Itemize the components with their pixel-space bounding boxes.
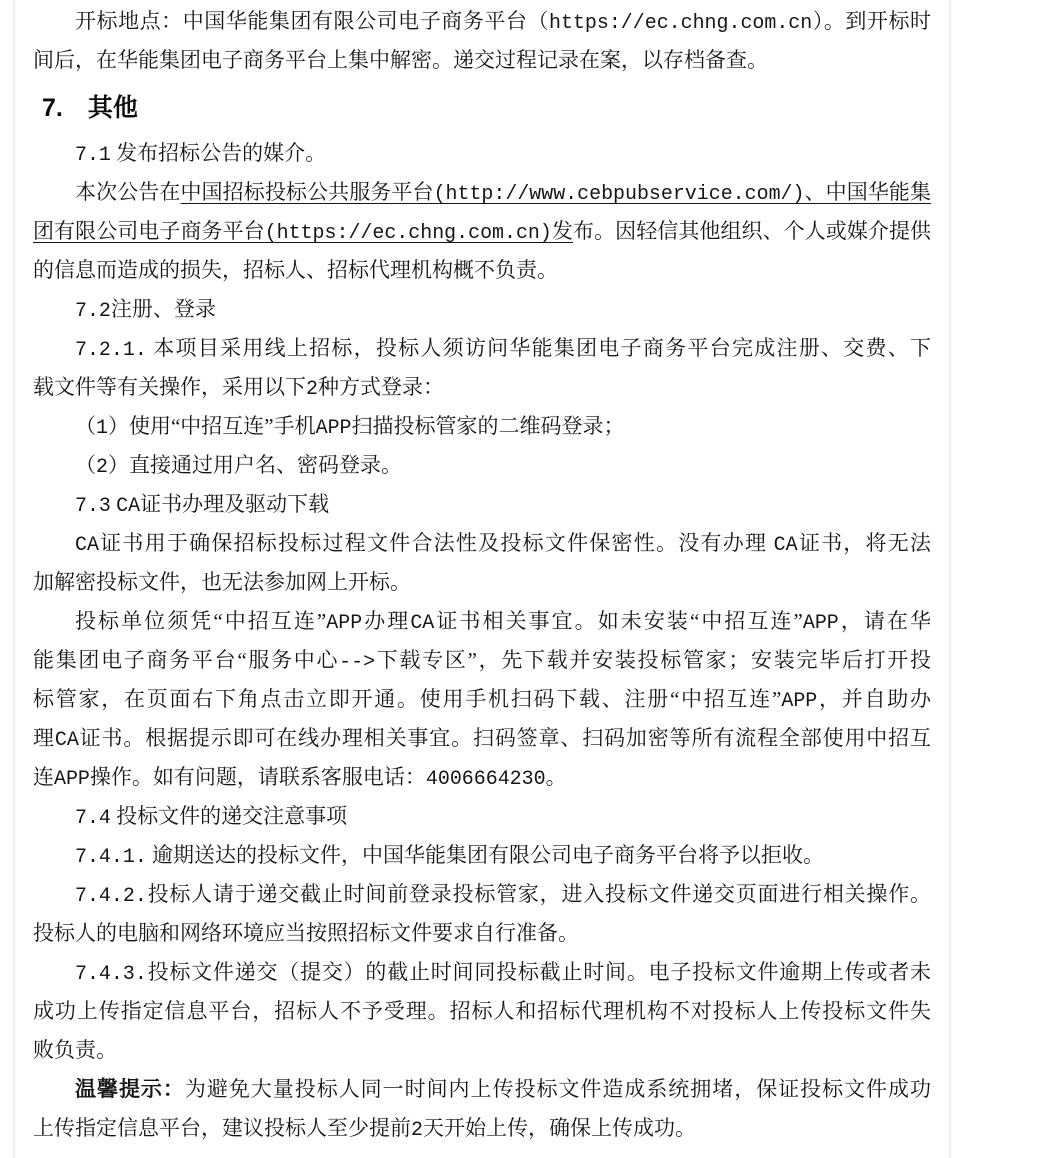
- text-run: 本次公告在: [75, 180, 180, 204]
- latin-text: CA: [774, 533, 798, 556]
- text-run: 的信息而造成的损失，招标人、招标代理机构概不负责。: [33, 258, 558, 282]
- latin-text: 7.4.3.: [75, 962, 147, 985]
- text-line: 败负责。: [33, 1031, 931, 1070]
- text-run: 投标单位须凭“中招互连”APP办理CA证书相关事宜。如未安装“中招互连”APP，…: [75, 609, 931, 633]
- latin-text: 4006664230: [426, 767, 546, 790]
- latin-text: APP: [316, 416, 352, 439]
- text-line: CA证书用于确保招标投标过程文件合法性及投标文件保密性。没有办理 CA证书，将无…: [33, 524, 931, 563]
- hyperlink[interactable]: 中国招标投标公共服务平台(http://www.cebpubservice.co…: [180, 180, 931, 204]
- latin-text: 7.4.1.: [75, 845, 147, 868]
- latin-text: (http://www.cebpubservice.com/): [434, 182, 805, 205]
- text-line: 7.2注册、登录: [33, 290, 931, 329]
- latin-text: APP: [803, 611, 839, 634]
- text-run: 上传指定信息平台，建议投标人至少提前2天开始上传，确保上传成功。: [33, 1116, 696, 1140]
- text-line: 本次公告在中国招标投标公共服务平台(http://www.cebpubservi…: [33, 173, 931, 212]
- latin-text: 7.2: [75, 299, 111, 322]
- latin-text: 7.1: [75, 143, 111, 166]
- text-line: 7.4.1. 逾期送达的投标文件，中国华能集团有限公司电子商务平台将予以拒收。: [33, 836, 931, 875]
- text-run: 7. 其他: [42, 94, 138, 122]
- text-line: 7.1 发布招标公告的媒介。: [33, 134, 931, 173]
- text-run: 7.4.2.投标人请于递交截止时间前登录投标管家，进入投标文件递交页面进行相关操…: [75, 882, 931, 906]
- page-left-edge: [13, 0, 15, 1158]
- latin-text: 7.3: [75, 494, 111, 517]
- text-line: 7.4 投标文件的递交注意事项: [33, 797, 931, 836]
- latin-text: 7.4: [75, 806, 111, 829]
- text-run: 标管家，在页面右下角点击立即开通。使用手机扫码下载、注册“中招互连”APP，并自…: [33, 687, 931, 711]
- text-run: 7.1 发布招标公告的媒介。: [75, 141, 326, 165]
- text-line: 团有限公司电子商务平台(https://ec.chng.com.cn)发布。因轻…: [33, 212, 931, 251]
- text-line: 7.2.1. 本项目采用线上招标，投标人须访问华能集团电子商务平台完成注册、交费…: [33, 329, 931, 368]
- text-line: 的信息而造成的损失，招标人、招标代理机构概不负责。: [33, 251, 931, 290]
- text-run: CA证书用于确保招标投标过程文件合法性及投标文件保密性。没有办理 CA证书，将无…: [75, 531, 931, 555]
- latin-text: APP: [326, 611, 362, 634]
- latin-text: 2: [306, 377, 318, 400]
- latin-text: APP: [781, 689, 817, 712]
- text-run: 为避免大量投标人同一时间内上传投标文件造成系统拥堵，保证投标文件成功: [185, 1077, 931, 1101]
- latin-text: CA: [55, 728, 79, 751]
- text-line: 间后，在华能集团电子商务平台上集中解密。递交过程记录在案，以存档备查。: [33, 41, 931, 80]
- text-run: 7.4.3.投标文件递交（提交）的截止时间同投标截止时间。电子投标文件逾期上传或…: [75, 960, 931, 984]
- text-run: 间后，在华能集团电子商务平台上集中解密。递交过程记录在案，以存档备查。: [33, 48, 768, 72]
- latin-text: (https://ec.chng.com.cn): [265, 221, 552, 244]
- page-right-edge: [949, 0, 951, 1158]
- text-line: 标管家，在页面右下角点击立即开通。使用手机扫码下载、注册“中招互连”APP，并自…: [33, 680, 931, 719]
- text-run: 理CA证书。根据提示即可在线办理相关事宜。扫码签章、扫码加密等所有流程全部使用中…: [33, 726, 931, 750]
- text-line: 投标人的电脑和网络环境应当按照招标文件要求自行准备。: [33, 914, 931, 953]
- text-line: （1）使用“中招互连”手机APP扫描投标管家的二维码登录；: [33, 407, 931, 446]
- latin-text: 2: [96, 455, 108, 478]
- text-run: （2）直接通过用户名、密码登录。: [75, 453, 402, 477]
- text-line: 理CA证书。根据提示即可在线办理相关事宜。扫码签章、扫码加密等所有流程全部使用中…: [33, 719, 931, 758]
- text-line: 投标单位须凭“中招互连”APP办理CA证书相关事宜。如未安装“中招互连”APP，…: [33, 602, 931, 641]
- text-run: 连APP操作。如有问题，请联系客服电话：4006664230。: [33, 765, 567, 789]
- latin-text: CA: [75, 533, 99, 556]
- latin-text: CA: [116, 494, 140, 517]
- text-line: 加解密投标文件，也无法参加网上开标。: [33, 563, 931, 602]
- text-run: 7.4 投标文件的递交注意事项: [75, 804, 347, 828]
- latin-text: 7.: [42, 94, 63, 122]
- text-line: 7.3 CA证书办理及驱动下载: [33, 485, 931, 524]
- text-run: 投标人的电脑和网络环境应当按照招标文件要求自行准备。: [33, 921, 579, 945]
- text-line: 能集团电子商务平台“服务中心-->下载专区”，先下载并安装投标管家；安装完毕后打…: [33, 641, 931, 680]
- latin-text: CA: [410, 611, 434, 634]
- text-line: 连APP操作。如有问题，请联系客服电话：4006664230。: [33, 758, 931, 797]
- latin-text: APP: [54, 767, 90, 790]
- text-line: 上传指定信息平台，建议投标人至少提前2天开始上传，确保上传成功。: [33, 1109, 931, 1148]
- document-page: 开标地点：中国华能集团有限公司电子商务平台（https://ec.chng.co…: [33, 2, 931, 1148]
- note-label: 温馨提示：: [75, 1077, 185, 1101]
- hyperlink[interactable]: 团有限公司电子商务平台(https://ec.chng.com.cn)发: [33, 219, 573, 243]
- latin-text: 1: [96, 416, 108, 439]
- text-run: 布。因轻信其他组织、个人或媒介提供: [573, 219, 931, 243]
- text-run: 7.2.1. 本项目采用线上招标，投标人须访问华能集团电子商务平台完成注册、交费…: [75, 336, 931, 360]
- latin-text: 7.2.1.: [75, 338, 147, 361]
- text-run: 成功上传指定信息平台，招标人不予受理。招标人和招标代理机构不对投标人上传投标文件…: [33, 999, 931, 1023]
- text-run: 7.2注册、登录: [75, 297, 216, 321]
- text-line: 载文件等有关操作，采用以下2种方式登录：: [33, 368, 931, 407]
- section-heading: 7. 其他: [42, 90, 931, 126]
- latin-text: https://ec.chng.com.cn: [549, 11, 812, 34]
- text-run: 开标地点：中国华能集团有限公司电子商务平台（https://ec.chng.co…: [75, 9, 931, 33]
- latin-text: -->: [339, 650, 375, 673]
- text-run: 7.3 CA证书办理及驱动下载: [75, 492, 329, 516]
- text-line: 成功上传指定信息平台，招标人不予受理。招标人和招标代理机构不对投标人上传投标文件…: [33, 992, 931, 1031]
- text-line: 7.4.2.投标人请于递交截止时间前登录投标管家，进入投标文件递交页面进行相关操…: [33, 875, 931, 914]
- text-run: 加解密投标文件，也无法参加网上开标。: [33, 570, 411, 594]
- text-run: 载文件等有关操作，采用以下2种方式登录：: [33, 375, 444, 399]
- text-line: （2）直接通过用户名、密码登录。: [33, 446, 931, 485]
- text-run: （1）使用“中招互连”手机APP扫描投标管家的二维码登录；: [75, 414, 625, 438]
- text-line: 7.4.3.投标文件递交（提交）的截止时间同投标截止时间。电子投标文件逾期上传或…: [33, 953, 931, 992]
- text-run: 败负责。: [33, 1038, 117, 1062]
- latin-text: 2: [411, 1118, 423, 1141]
- text-run: 7.4.1. 逾期送达的投标文件，中国华能集团有限公司电子商务平台将予以拒收。: [75, 843, 824, 867]
- latin-text: 7.4.2.: [75, 884, 147, 907]
- text-run: 能集团电子商务平台“服务中心-->下载专区”，先下载并安装投标管家；安装完毕后打…: [33, 648, 931, 672]
- text-line: 开标地点：中国华能集团有限公司电子商务平台（https://ec.chng.co…: [33, 2, 931, 41]
- text-line: 温馨提示：为避免大量投标人同一时间内上传投标文件造成系统拥堵，保证投标文件成功: [33, 1070, 931, 1109]
